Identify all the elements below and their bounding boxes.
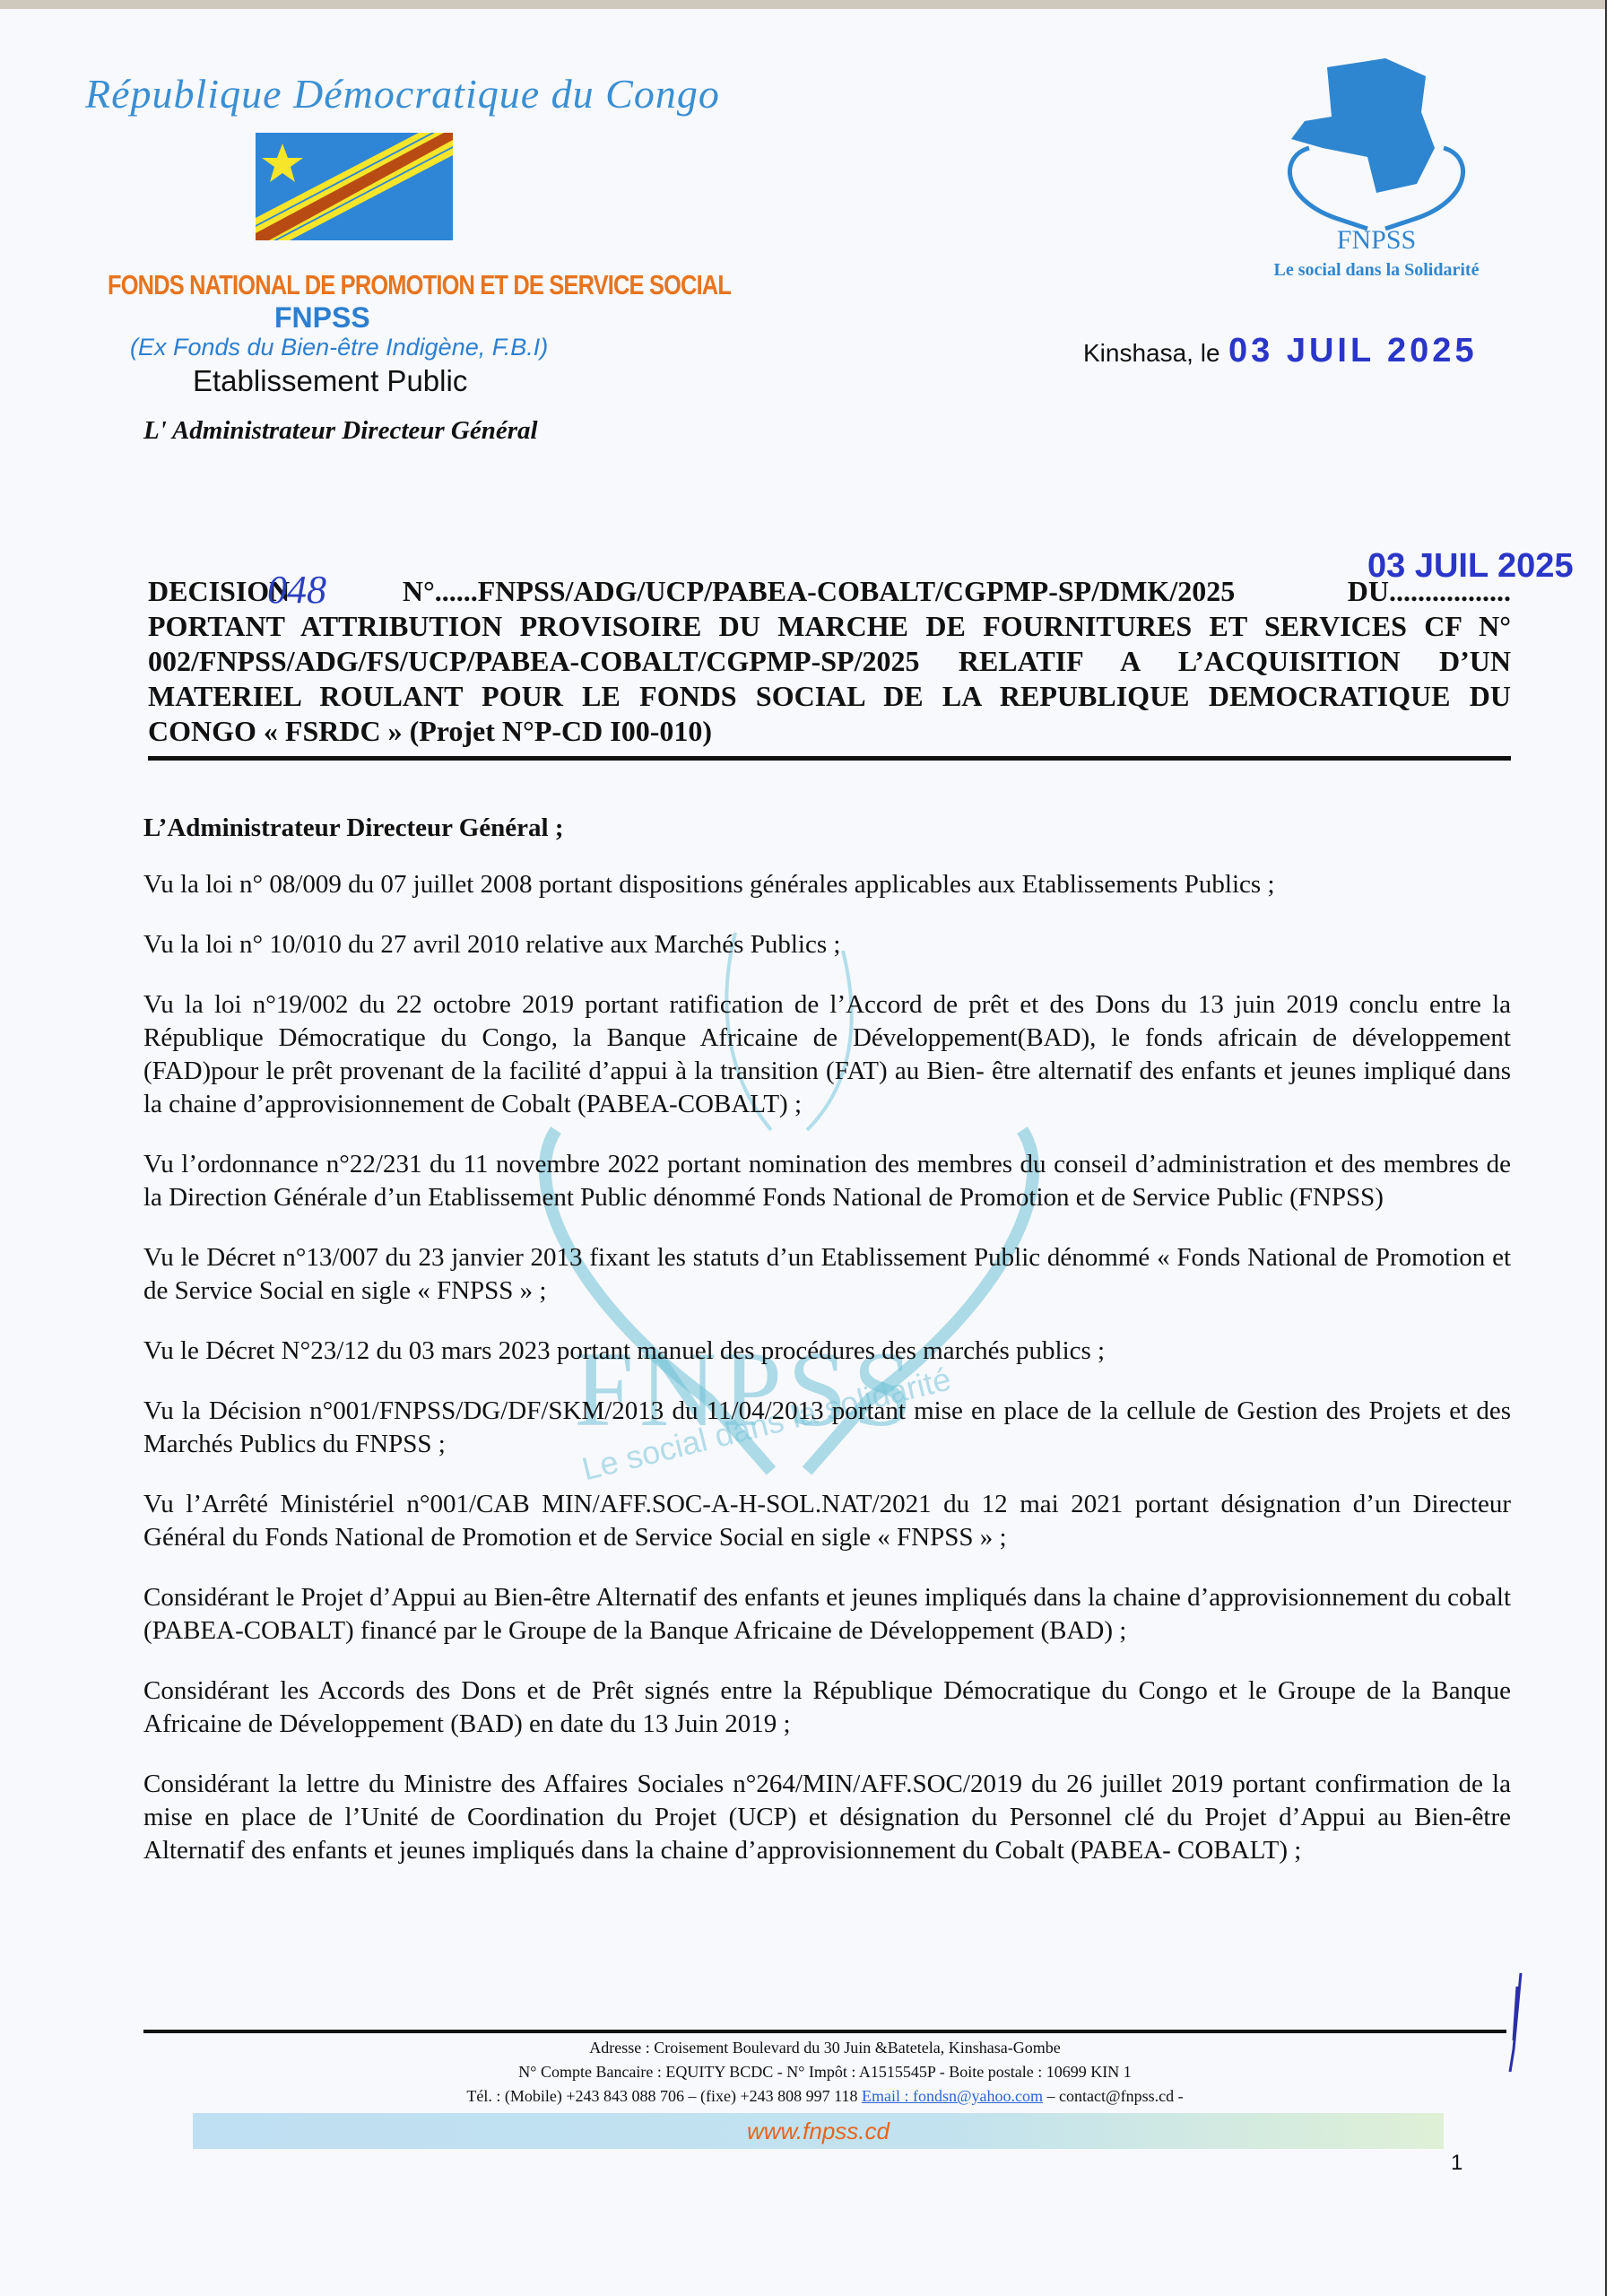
org-type: Etablissement Public <box>193 364 467 398</box>
footer: Adresse : Croisement Boulevard du 30 Jui… <box>143 2036 1506 2109</box>
handwritten-decision-number: 048 <box>267 567 326 613</box>
footer-divider <box>143 2030 1506 2033</box>
drc-flag-icon <box>256 133 453 240</box>
svg-text:Le social dans la Solidarité: Le social dans la Solidarité <box>1274 260 1480 280</box>
svg-text:FNPSS: FNPSS <box>1337 225 1416 255</box>
considering-paragraph: Considérant le Projet d’Appui au Bien-êt… <box>143 1581 1511 1648</box>
visa-paragraph: Vu l’ordonnance n°22/231 du 11 novembre … <box>143 1148 1511 1214</box>
decision-title-line: CONGO « FSRDC » (Projet N°P-CD I00-010) <box>148 714 1511 749</box>
org-acronym: FNPSS <box>274 301 370 335</box>
opening-line: L’Administrateur Directeur Général ; <box>143 812 1511 845</box>
scan-right-edge <box>1605 0 1623 2296</box>
org-former-name: (Ex Fonds du Bien-être Indigène, F.B.I) <box>130 334 548 361</box>
decision-title-line: MATERIEL ROULANT POUR LE FONDS SOCIAL DE… <box>148 679 1511 714</box>
date-line: Kinshasa, le <box>1083 339 1220 368</box>
office-title: L' Administrateur Directeur Général <box>143 416 538 446</box>
website-link[interactable]: www.fnpss.cd <box>747 2118 890 2144</box>
title-divider <box>148 756 1511 761</box>
decision-title-line: DECISION N°......FNPSS/ADG/UCP/PABEA-COB… <box>148 574 1511 609</box>
footer-contact-email: – contact@fnpss.cd - <box>1043 2087 1184 2105</box>
decision-date-stamp: 03 JUIL 2025 <box>1367 547 1574 586</box>
visa-paragraph: Vu l’Arrêté Ministériel n°001/CAB MIN/AF… <box>143 1488 1511 1554</box>
email-link[interactable]: Email : fondsn@yahoo.com <box>862 2087 1043 2105</box>
considering-paragraph: Considérant la lettre du Ministre des Af… <box>143 1768 1511 1867</box>
page-number: 1 <box>1451 2151 1462 2176</box>
footer-phone: Tél. : (Mobile) +243 843 088 706 – (fixe… <box>466 2087 862 2105</box>
website-band: www.fnpss.cd <box>193 2113 1444 2149</box>
visa-paragraph: Vu la loi n° 10/010 du 27 avril 2010 rel… <box>143 928 1511 961</box>
republic-heading: République Démocratique du Congo <box>85 70 720 117</box>
date-stamp: 03 JUIL 2025 <box>1228 332 1478 370</box>
scan-top-edge <box>0 0 1623 9</box>
initials-signature-icon <box>1508 1969 1526 2076</box>
decision-title: DECISION N°......FNPSS/ADG/UCP/PABEA-COB… <box>148 574 1511 749</box>
visa-paragraph: Vu le Décret N°23/12 du 03 mars 2023 por… <box>143 1335 1511 1368</box>
visa-paragraph: Vu le Décret n°13/007 du 23 janvier 2013… <box>143 1241 1511 1308</box>
visa-paragraph: Vu la loi n°19/002 du 22 octobre 2019 po… <box>143 988 1511 1121</box>
considering-paragraph: Considérant les Accords des Dons et de P… <box>143 1674 1511 1741</box>
footer-contact-line: Tél. : (Mobile) +243 843 088 706 – (fixe… <box>143 2084 1506 2109</box>
decision-title-line: PORTANT ATTRIBUTION PROVISOIRE DU MARCHE… <box>148 609 1511 644</box>
document-body: L’Administrateur Directeur Général ; Vu … <box>143 812 1511 1894</box>
date-prefix: Kinshasa, le <box>1083 339 1220 367</box>
footer-address: Adresse : Croisement Boulevard du 30 Jui… <box>143 2036 1506 2060</box>
decision-title-line: 002/FNPSS/ADG/FS/UCP/PABEA-COBALT/CGPMP-… <box>148 644 1511 679</box>
visa-paragraph: Vu la Décision n°001/FNPSS/DG/DF/SKM/201… <box>143 1395 1511 1461</box>
org-name: FONDS NATIONAL DE PROMOTION ET DE SERVIC… <box>108 269 731 301</box>
footer-bank: N° Compte Bancaire : EQUITY BCDC - N° Im… <box>143 2060 1506 2084</box>
fnpss-logo-icon: FNPSS Le social dans la Solidarité <box>1242 49 1511 283</box>
visa-paragraph: Vu la loi n° 08/009 du 07 juillet 2008 p… <box>143 868 1511 901</box>
